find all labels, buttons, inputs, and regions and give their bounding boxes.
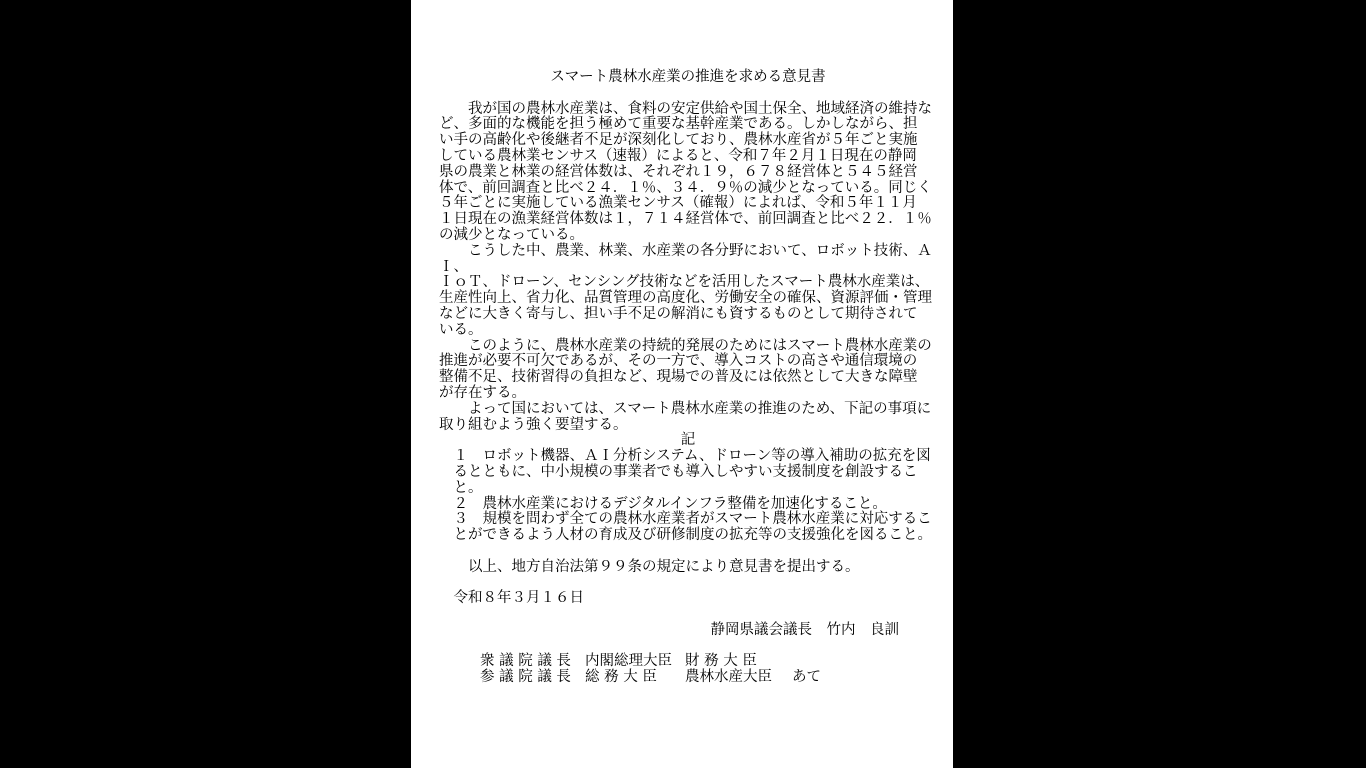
recipients-table: 衆 議 院 議 長 内閣総理大臣 財 務 大 臣 参 議 院 議 長 総 務 大… — [439, 654, 937, 686]
recipient-cell — [792, 654, 937, 670]
document-date: 令和８年３月１６日 — [439, 591, 937, 607]
recipient-cell: 財 務 大 臣 — [685, 654, 792, 670]
recipients-row: 参 議 院 議 長 総 務 大 臣 農林水産大臣 あて — [480, 670, 937, 686]
recipient-cell: 参 議 院 議 長 — [480, 670, 585, 686]
ki-heading: 記 — [439, 433, 937, 449]
recipient-cell: 総 務 大 臣 — [585, 670, 685, 686]
recipients-row: 衆 議 院 議 長 内閣総理大臣 財 務 大 臣 — [480, 654, 937, 670]
document-title: スマート農林水産業の推進を求める意見書 — [439, 70, 937, 86]
spacer — [439, 544, 937, 560]
recipient-cell: 農林水産大臣 — [685, 670, 792, 686]
spacer — [439, 607, 937, 623]
spacer — [439, 86, 937, 102]
spacer — [439, 576, 937, 592]
recipient-cell: 衆 議 院 議 長 — [480, 654, 585, 670]
numbered-request-items: １ ロボット機器、ＡＩ分析システム、ドローン等の導入補助の拡充を図 るとともに、… — [439, 449, 937, 544]
recipient-cell: 内閣総理大臣 — [585, 654, 685, 670]
signer-name: 静岡県議会議長 竹内 良訓 — [439, 623, 937, 639]
document-page: スマート農林水産業の推進を求める意見書 我が国の農林水産業は、食料の安定供給や国… — [411, 0, 953, 768]
document-viewer: スマート農林水産業の推進を求める意見書 我が国の農林水産業は、食料の安定供給や国… — [0, 0, 1366, 768]
closing-statement: 以上、地方自治法第９９条の規定により意見書を提出する。 — [439, 560, 937, 576]
recipient-cell: あて — [792, 670, 937, 686]
document-body-paragraphs: 我が国の農林水産業は、食料の安定供給や国土保全、地域経済の維持な ど、多面的な機… — [439, 102, 937, 434]
